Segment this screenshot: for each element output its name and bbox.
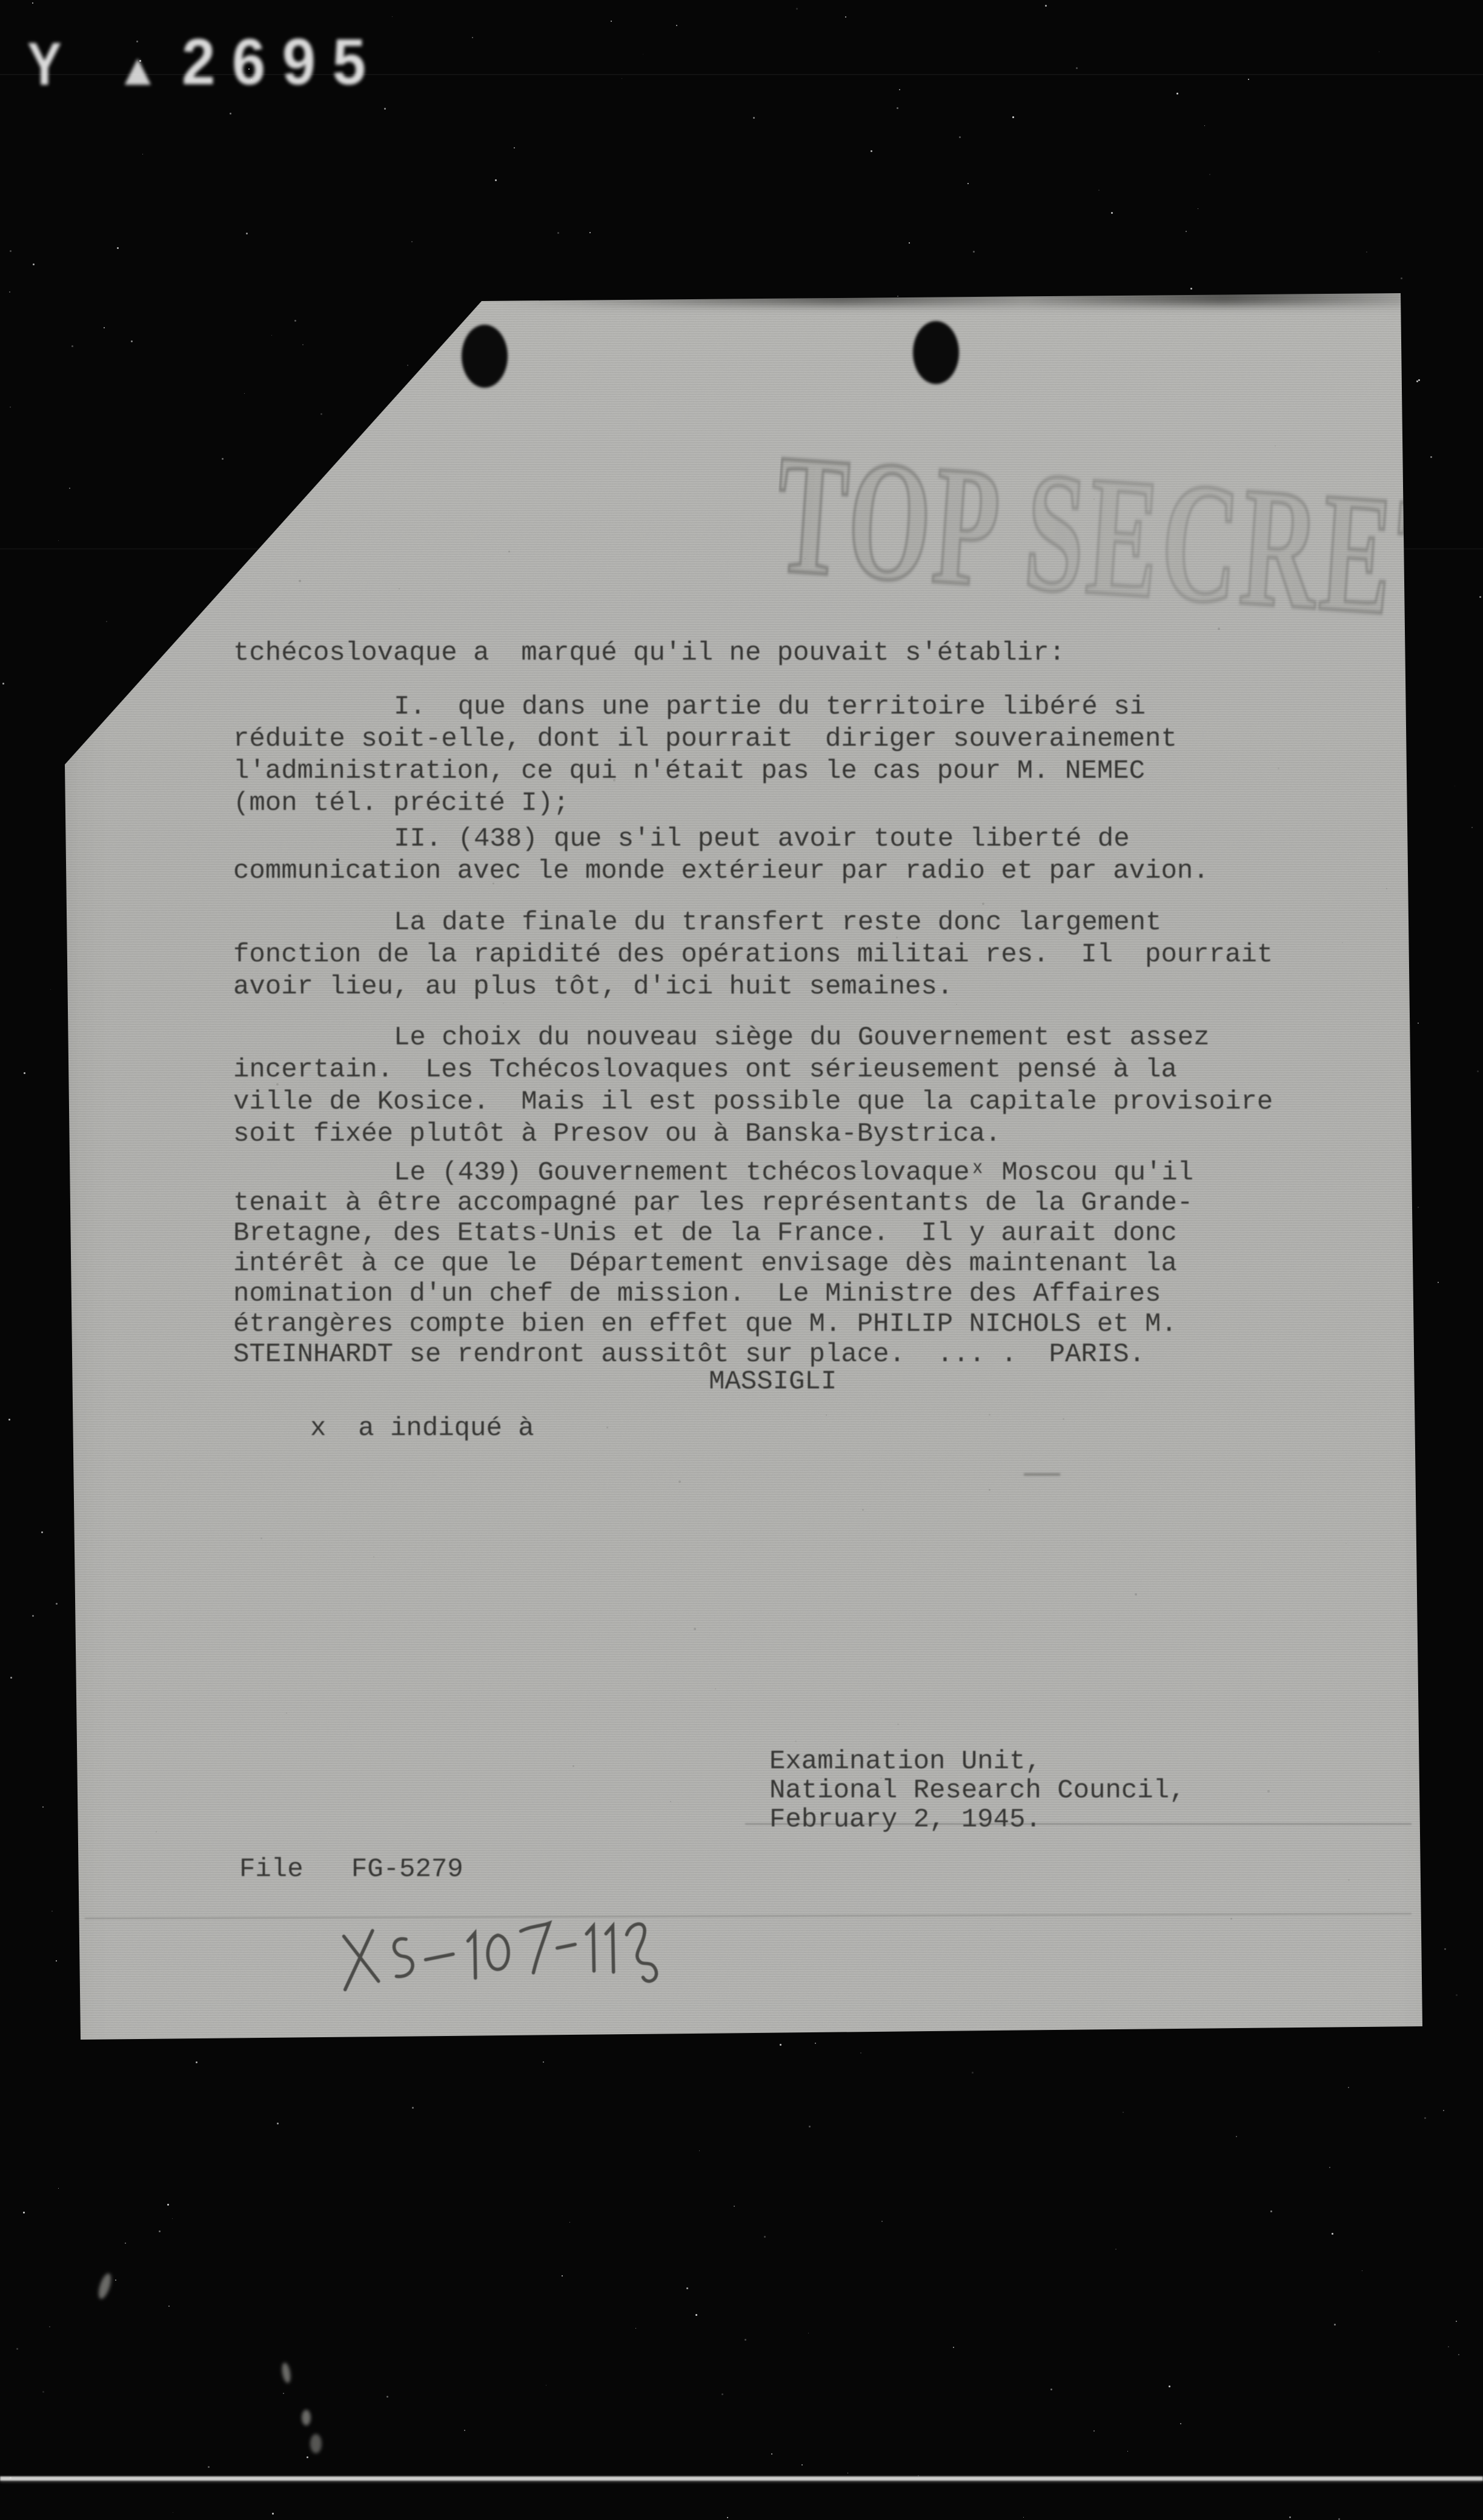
film-grain-speck xyxy=(722,2393,723,2395)
film-grain-speck xyxy=(1127,2451,1128,2452)
film-grain-speck xyxy=(125,2243,126,2244)
paper-fleck xyxy=(795,1740,797,1742)
paper-fleck xyxy=(694,1628,696,1630)
film-grain-speck xyxy=(1204,125,1205,126)
film-grain-speck xyxy=(871,150,872,152)
paper-fleck xyxy=(635,1139,637,1141)
film-grain-speck xyxy=(302,344,304,345)
film-grain-speck xyxy=(1190,288,1192,290)
film-grain-speck xyxy=(283,2393,284,2394)
film-grain-speck xyxy=(1332,2233,1333,2235)
film-grain-speck xyxy=(495,179,497,181)
film-grain-speck xyxy=(244,393,245,394)
film-grain-speck xyxy=(753,117,755,119)
paper-fleck xyxy=(373,1556,374,1557)
film-grain-speck xyxy=(1430,456,1432,458)
film-grain-speck xyxy=(676,25,677,26)
film-grain-speck xyxy=(464,2430,465,2431)
typewritten-line: l'administration, ce qui n'était pas le … xyxy=(233,757,1145,785)
film-grain-speck xyxy=(173,2512,173,2513)
sender-line: National Research Council, xyxy=(769,1777,1186,1805)
film-grain-speck xyxy=(643,54,643,55)
film-grain-speck xyxy=(1198,208,1198,209)
film-grain-speck xyxy=(562,2275,563,2276)
film-grain-speck xyxy=(727,2517,728,2518)
film-grain-speck xyxy=(845,16,846,18)
film-grain-speck xyxy=(2,683,4,685)
film-grain-speck xyxy=(1329,2167,1330,2168)
typewritten-line: soit fixée plutôt à Presov ou à Banska-B… xyxy=(233,1120,1001,1148)
paper-fleck xyxy=(235,1290,237,1292)
film-grain-speck xyxy=(222,458,224,460)
typewritten-line: Bretagne, des Etats-Unis et de la France… xyxy=(233,1219,1177,1247)
paper-fleck xyxy=(982,903,984,905)
sender-line: Examination Unit, xyxy=(769,1748,1041,1776)
paper-fleck xyxy=(690,1032,692,1035)
paper-fleck xyxy=(937,1032,938,1033)
film-grain-speck xyxy=(33,264,35,265)
film-blemish xyxy=(280,2362,292,2384)
film-grain-speck xyxy=(1444,1948,1446,1950)
film-grain-speck xyxy=(248,68,250,70)
film-grain-speck xyxy=(9,291,10,293)
film-grain-speck xyxy=(1477,1070,1479,1072)
paper-fleck xyxy=(670,1801,671,1802)
film-grain-speck xyxy=(230,113,231,114)
paper-fleck xyxy=(299,580,301,582)
paper-fleck xyxy=(956,1004,957,1005)
film-grain-speck xyxy=(1362,2270,1362,2271)
film-grain-speck xyxy=(8,1419,10,1421)
sender-line: February 2, 1945. xyxy=(769,1806,1041,1834)
typewritten-line: intérêt à ce que le Département envisage… xyxy=(233,1250,1177,1278)
frame-marker-number: 2695 xyxy=(182,29,382,94)
film-grain-speck xyxy=(881,2221,883,2222)
film-grain-speck xyxy=(972,2072,974,2074)
film-grain-speck xyxy=(1076,67,1078,69)
film-grain-speck xyxy=(1438,1282,1439,1283)
film-grain-speck xyxy=(136,41,138,42)
film-grain-speck xyxy=(815,2043,816,2044)
film-grain-speck xyxy=(271,335,272,336)
film-grain-speck xyxy=(272,2513,274,2515)
film-grain-speck xyxy=(909,242,910,244)
paper-fleck xyxy=(668,1210,669,1212)
film-grain-speck xyxy=(42,2391,44,2393)
typewritten-line: STEINHARDT se rendront aussitôt sur plac… xyxy=(233,1341,1145,1368)
paper-fleck xyxy=(1342,942,1343,943)
film-grain-speck xyxy=(959,136,961,138)
paper-fleck xyxy=(989,1414,990,1416)
paper-fleck xyxy=(182,464,184,466)
typewritten-line: incertain. Les Tchécoslovaques ont série… xyxy=(233,1056,1177,1084)
film-grain-speck xyxy=(801,2464,803,2465)
film-grain-speck xyxy=(764,2236,766,2238)
film-grain-speck xyxy=(1169,2386,1170,2387)
film-grain-speck xyxy=(1418,379,1420,381)
film-grain-speck xyxy=(172,2218,173,2219)
film-grain-speck xyxy=(557,232,559,234)
footnote: x a indiqué à xyxy=(310,1414,534,1442)
paper-fleck xyxy=(1135,1593,1137,1596)
film-grain-speck xyxy=(1401,277,1402,279)
document-page: TOP SECRET tchécoslovaque a marqué qu'il… xyxy=(0,0,1483,2520)
film-grain-speck xyxy=(71,345,73,347)
film-grain-speck xyxy=(1180,2423,1181,2424)
film-grain-speck xyxy=(1418,1023,1419,1024)
film-grain-speck xyxy=(1045,5,1047,7)
film-grain-speck xyxy=(10,250,12,252)
paper-fleck xyxy=(606,1427,608,1428)
punch-hole-right xyxy=(913,321,959,384)
film-grain-speck xyxy=(142,154,143,154)
film-grain-speck xyxy=(734,2206,735,2207)
film-grain-speck xyxy=(1050,2389,1052,2390)
film-grain-speck xyxy=(307,2456,308,2458)
film-grain-speck xyxy=(58,540,59,541)
film-frame-scratch-line xyxy=(0,2476,1483,2481)
film-grain-speck xyxy=(1348,2087,1349,2088)
paper-fleck xyxy=(156,1831,157,1832)
typewritten-line: Le (439) Gouvernement tchécoslovaqueˣ Mo… xyxy=(394,1159,1193,1187)
typewritten-line: nomination d'un chef de mission. Le Mini… xyxy=(233,1280,1161,1308)
file-number: FG-5279 xyxy=(351,1854,463,1885)
paper-fleck xyxy=(1267,1790,1270,1792)
film-grain-speck xyxy=(23,2212,25,2213)
film-grain-speck xyxy=(115,2280,116,2281)
film-grain-speck xyxy=(1458,2354,1459,2355)
film-grain-speck xyxy=(1023,2517,1024,2518)
paper-fleck xyxy=(990,1929,991,1930)
typewritten-line: tenait à être accompagné par les représe… xyxy=(233,1189,1193,1217)
film-grain-speck xyxy=(1424,2117,1426,2119)
film-grain-speck xyxy=(569,2222,570,2223)
film-grain-speck xyxy=(967,183,969,184)
film-grain-speck xyxy=(58,2188,59,2189)
film-grain-speck xyxy=(50,989,51,990)
film-grain-speck xyxy=(848,2473,848,2473)
typewritten-line: II. (438) que s'il peut avoir toute libe… xyxy=(394,825,1130,853)
film-grain-speck xyxy=(294,320,296,322)
film-grain-speck xyxy=(1270,2210,1272,2212)
film-grain-speck xyxy=(117,247,119,249)
page-top-edge-shadow xyxy=(497,288,1405,305)
film-grain-speck xyxy=(1209,174,1210,175)
film-grain-speck xyxy=(24,1072,25,1074)
film-grain-speck xyxy=(796,8,798,10)
film-grain-speck xyxy=(10,1677,12,1679)
film-grain-speck xyxy=(611,21,612,22)
film-grain-speck xyxy=(411,241,413,242)
film-grain-speck xyxy=(745,2339,746,2341)
film-grain-speck xyxy=(1093,2430,1095,2432)
punch-hole-left xyxy=(462,325,508,388)
film-grain-speck xyxy=(1289,2516,1291,2518)
film-grain-speck xyxy=(69,488,70,489)
film-grain-speck xyxy=(51,1911,53,1912)
film-grain-speck xyxy=(1186,231,1187,232)
film-grain-speck xyxy=(387,2396,388,2398)
triangle-icon: ▲ xyxy=(116,47,160,92)
film-grain-speck xyxy=(899,89,900,90)
film-grain-speck xyxy=(32,1615,34,1617)
film-grain-speck xyxy=(953,2347,954,2348)
film-grain-speck xyxy=(1236,2136,1237,2137)
film-grain-speck xyxy=(514,147,515,148)
typewritten-line: avoir lieu, au plus tôt, d'ici huit sema… xyxy=(233,973,953,1001)
film-grain-speck xyxy=(56,1603,58,1605)
film-grain-speck xyxy=(472,37,473,38)
paper-fleck xyxy=(1386,888,1387,889)
file-number-line: File FG-5279 xyxy=(239,1855,463,1883)
typewritten-line: La date finale du transfert reste donc l… xyxy=(394,909,1161,937)
film-grain-speck xyxy=(1366,251,1367,253)
film-grain-speck xyxy=(407,365,408,366)
film-grain-speck xyxy=(809,2126,811,2127)
paper-fleck xyxy=(489,949,489,950)
film-grain-speck xyxy=(131,340,133,342)
film-grain-speck xyxy=(106,621,107,622)
film-grain-speck xyxy=(32,2,33,4)
paper-fleck xyxy=(276,1083,279,1086)
film-grain-speck xyxy=(1123,2112,1124,2113)
film-grain-speck xyxy=(168,2306,170,2307)
frame-marker-letter: Y xyxy=(27,34,62,94)
film-grain-speck xyxy=(196,2061,197,2063)
film-grain-speck xyxy=(897,296,898,297)
film-blemish xyxy=(302,2410,311,2425)
film-grain-speck xyxy=(1248,79,1249,80)
film-grain-speck xyxy=(42,1806,44,1808)
film-grain-speck xyxy=(686,2287,688,2289)
film-grain-speck xyxy=(1448,2346,1449,2347)
film-grain-speck xyxy=(277,2123,279,2124)
film-grain-speck xyxy=(412,2107,414,2109)
film-grain-speck xyxy=(1111,212,1113,214)
typewritten-line: ville de Kosice. Mais il est possible qu… xyxy=(233,1088,1273,1116)
film-grain-speck xyxy=(10,406,11,408)
film-grain-speck xyxy=(251,79,252,81)
paper-fleck xyxy=(572,1765,574,1767)
signature: MASSIGLI xyxy=(709,1368,837,1396)
film-grain-speck xyxy=(1443,2110,1444,2111)
paper-fleck xyxy=(1275,445,1276,446)
paper-fleck xyxy=(493,883,494,884)
film-grain-speck xyxy=(208,2466,210,2468)
film-grain-speck xyxy=(897,107,898,109)
film-grain-speck xyxy=(384,108,386,110)
film-grain-speck xyxy=(1098,190,1100,191)
film-grain-speck xyxy=(246,233,248,234)
film-grain-speck xyxy=(41,1531,43,1533)
film-grain-speck xyxy=(780,2044,781,2046)
film-grain-speck xyxy=(973,251,975,253)
paper-fleck xyxy=(1033,1242,1035,1243)
film-grain-speck xyxy=(1456,1994,1458,1996)
film-grain-speck xyxy=(1455,786,1455,786)
microfilm-frame: Y ▲ 2695 TOP SECRET tchécoslovaque a mar… xyxy=(0,0,1483,2520)
paper-fleck xyxy=(862,1509,864,1511)
film-grain-speck xyxy=(1418,1207,1419,1208)
film-grain-speck xyxy=(16,2348,18,2350)
film-grain-speck xyxy=(56,1960,57,1961)
typewritten-line: réduite soit-elle, dont il pourrait diri… xyxy=(233,725,1177,753)
film-grain-speck xyxy=(320,413,322,415)
film-grain-speck xyxy=(589,232,591,233)
film-grain-speck xyxy=(1379,51,1379,52)
paper-fleck xyxy=(814,928,815,930)
typewritten-line: communication avec le monde extérieur pa… xyxy=(233,857,1209,885)
film-grain-speck xyxy=(159,2230,161,2232)
film-grain-speck xyxy=(1176,93,1178,94)
typewritten-line: fonction de la rapidité des opérations m… xyxy=(233,941,1273,969)
film-grain-speck xyxy=(1479,596,1481,598)
paper-fleck xyxy=(418,913,420,915)
film-grain-speck xyxy=(167,2204,169,2206)
film-grain-speck xyxy=(1471,827,1473,828)
film-blemish xyxy=(310,2434,322,2453)
typewritten-line: Le choix du nouveau siège du Gouvernemen… xyxy=(394,1024,1210,1052)
film-grain-speck xyxy=(771,2453,772,2455)
paper-fleck xyxy=(503,1003,504,1004)
paper-fleck xyxy=(240,515,241,516)
paper-fleck xyxy=(399,588,400,589)
film-grain-speck xyxy=(695,2314,697,2316)
film-grain-speck xyxy=(1456,2321,1457,2322)
paper-fleck xyxy=(896,937,898,938)
paper-crease xyxy=(745,1823,1412,1825)
film-grain-speck xyxy=(1012,116,1014,118)
paper-fleck xyxy=(508,551,510,552)
paper-fleck xyxy=(1348,1879,1350,1881)
file-label: File xyxy=(239,1854,304,1885)
stray-pen-mark xyxy=(1024,1473,1060,1476)
typewritten-line: tchécoslovaque a marqué qu'il ne pouvait… xyxy=(233,639,1065,667)
film-grain-speck xyxy=(104,327,105,328)
film-grain-speck xyxy=(622,78,622,79)
paper-fleck xyxy=(1218,628,1220,630)
typewritten-line: (mon tél. précité I); xyxy=(233,789,569,817)
film-grain-speck xyxy=(546,2385,546,2386)
film-grain-speck xyxy=(49,2326,50,2327)
film-grain-speck xyxy=(860,2052,861,2054)
film-grain-speck xyxy=(808,2333,809,2333)
film-grain-speck xyxy=(1334,2324,1336,2326)
film-grain-speck xyxy=(699,2150,700,2151)
paper-fleck xyxy=(678,1480,681,1483)
film-grain-speck xyxy=(392,16,393,17)
paper-fleck xyxy=(1278,768,1279,769)
film-grain-speck xyxy=(543,2061,544,2063)
film-grain-speck xyxy=(635,2328,636,2329)
typewritten-line: étrangères compte bien en effet que M. P… xyxy=(233,1310,1177,1338)
paper-fleck xyxy=(1093,499,1095,500)
film-blemish xyxy=(96,2272,114,2301)
typewritten-line: I. que dans une partie du territoire lib… xyxy=(394,693,1146,721)
paper-fleck xyxy=(1320,1568,1321,1568)
paper-fleck xyxy=(613,779,615,781)
film-frame-marker: Y ▲ 2695 xyxy=(24,29,400,94)
film-grain-speck xyxy=(1115,2249,1116,2250)
